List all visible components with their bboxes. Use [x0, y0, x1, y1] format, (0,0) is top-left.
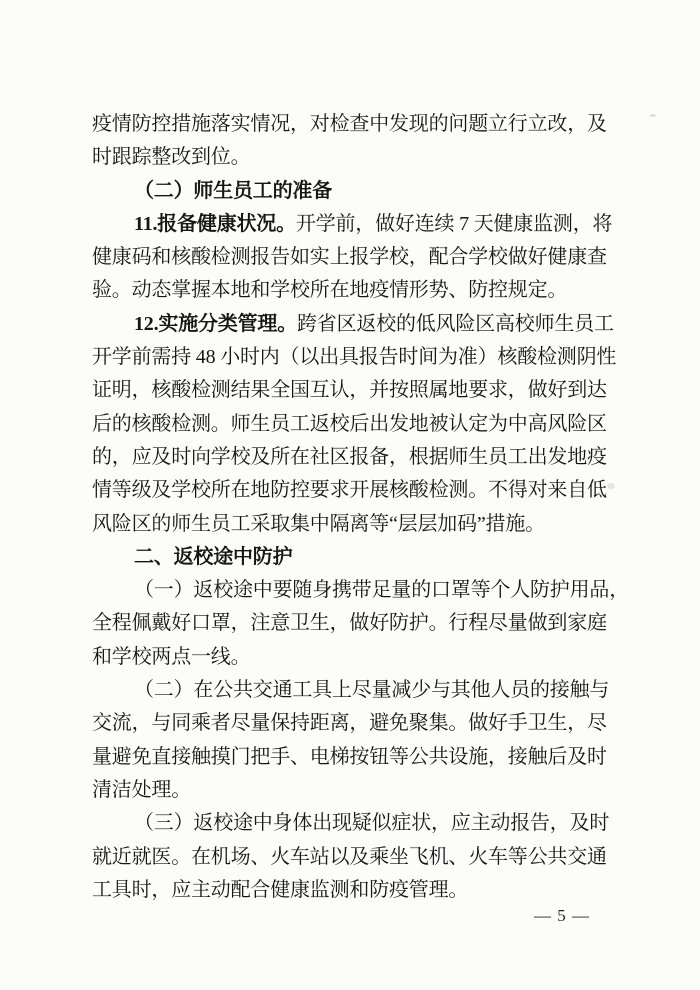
page-number: — 5 — [534, 906, 590, 926]
list-item-11-line: 11.报备健康状况。开学前，做好连续 7 天健康监测，将 [92, 208, 616, 241]
text-run: 交流，与同乘者尽量保持距离，避免聚集。做好手卫生，尽 [92, 712, 607, 734]
text-run: 证明，核酸检测结果全国互认，并按照属地要求，做好到达 [92, 379, 607, 401]
text-line: 就近就医。在机场、火车站以及乘坐飞机、火车等公共交通 [92, 841, 616, 874]
heading-text: （二）师生员工的准备 [134, 180, 332, 202]
text-run: 风险区的师生员工采取集中隔离等“层层加码”措施。 [92, 513, 545, 535]
text-line: 时跟踪整改到位。 [92, 141, 616, 174]
text-line: 风险区的师生员工采取集中隔离等“层层加码”措施。 [92, 508, 616, 541]
heading-text: 二、返校途中防护 [134, 546, 292, 568]
text-run: 开学前，做好连续 7 天健康监测，将 [296, 213, 612, 235]
text-run: 清洁处理。 [92, 779, 191, 801]
text-run: 疫情防控措施落实情况，对检查中发现的问题立行立改，及 [92, 113, 607, 135]
document-body: 疫情防控措施落实情况，对检查中发现的问题立行立改，及 时跟踪整改到位。 （二）师… [92, 108, 616, 907]
text-line: 交流，与同乘者尽量保持距离，避免聚集。做好手卫生，尽 [92, 707, 616, 740]
subsection-heading-staff-preparation: （二）师生员工的准备 [92, 175, 616, 208]
text-run: （三）返校途中身体出现疑似症状，应主动报告，及时 [134, 812, 609, 834]
text-run: 就近就医。在机场、火车站以及乘坐飞机、火车等公共交通 [92, 846, 607, 868]
text-line: 后的核酸检测。师生员工返校后出发地被认定为中高风险区 [92, 408, 616, 441]
text-run: 后的核酸检测。师生员工返校后出发地被认定为中高风险区 [92, 413, 607, 435]
text-run: 跨省区返校的低风险区高校师生员工 [297, 313, 614, 335]
list-item-12-line: 12.实施分类管理。跨省区返校的低风险区高校师生员工 [92, 308, 616, 341]
scanned-document-page: 疫情防控措施落实情况，对检查中发现的问题立行立改，及 时跟踪整改到位。 （二）师… [0, 0, 700, 990]
text-run: 和学校两点一线。 [92, 646, 250, 668]
text-line: 量避免直接触摸门把手、电梯按钮等公共设施，接触后及时 [92, 741, 616, 774]
paragraph-3-start-line: （三）返校途中身体出现疑似症状，应主动报告，及时 [92, 807, 616, 840]
text-line: 疫情防控措施落实情况，对检查中发现的问题立行立改，及 [92, 108, 616, 141]
text-run: 情等级及学校所在地防控要求开展核酸检测。不得对来自低 [92, 479, 607, 501]
text-run: 开学前需持 48 小时内（以出具报告时间为准）核酸检测阴性 [92, 346, 616, 368]
text-run: 时跟踪整改到位。 [92, 146, 250, 168]
text-line: 和学校两点一线。 [92, 641, 616, 674]
section-heading-travel-protection: 二、返校途中防护 [92, 541, 616, 574]
text-run: （二）在公共交通工具上尽量减少与其他人员的接触与 [134, 679, 609, 701]
text-line: 清洁处理。 [92, 774, 616, 807]
text-line: 工具时，应主动配合健康监测和防疫管理。 [92, 874, 616, 907]
text-run: （一）返校途中要随身携带足量的口罩等个人防护用品， [134, 579, 629, 601]
text-line: 验。动态掌握本地和学校所在地疫情形势、防控规定。 [92, 274, 616, 307]
text-run: 的，应及时向学校及所在社区报备，根据师生员工出发地疫 [92, 446, 607, 468]
text-run: 健康码和核酸检测报告如实上报学校，配合学校做好健康查 [92, 246, 607, 268]
text-line: 证明，核酸检测结果全国互认，并按照属地要求，做好到达 [92, 374, 616, 407]
text-run: 工具时，应主动配合健康监测和防疫管理。 [92, 879, 468, 901]
text-line: 健康码和核酸检测报告如实上报学校，配合学校做好健康查 [92, 241, 616, 274]
text-line: 全程佩戴好口罩，注意卫生，做好防护。行程尽量做到家庭 [92, 607, 616, 640]
text-line: 开学前需持 48 小时内（以出具报告时间为准）核酸检测阴性 [92, 341, 616, 374]
text-run: 验。动态掌握本地和学校所在地疫情形势、防控规定。 [92, 279, 567, 301]
scan-artifact-speck [607, 483, 615, 489]
item-12-label: 12.实施分类管理。 [134, 313, 297, 335]
text-run: 量避免直接触摸门把手、电梯按钮等公共设施，接触后及时 [92, 746, 607, 768]
scan-artifact-speck [650, 114, 656, 117]
item-11-label: 11.报备健康状况。 [134, 213, 296, 235]
text-line: 的，应及时向学校及所在社区报备，根据师生员工出发地疫 [92, 441, 616, 474]
text-run: 全程佩戴好口罩，注意卫生，做好防护。行程尽量做到家庭 [92, 612, 607, 634]
paragraph-2-start-line: （二）在公共交通工具上尽量减少与其他人员的接触与 [92, 674, 616, 707]
text-line: 情等级及学校所在地防控要求开展核酸检测。不得对来自低 [92, 474, 616, 507]
paragraph-1-start-line: （一）返校途中要随身携带足量的口罩等个人防护用品， [92, 574, 616, 607]
